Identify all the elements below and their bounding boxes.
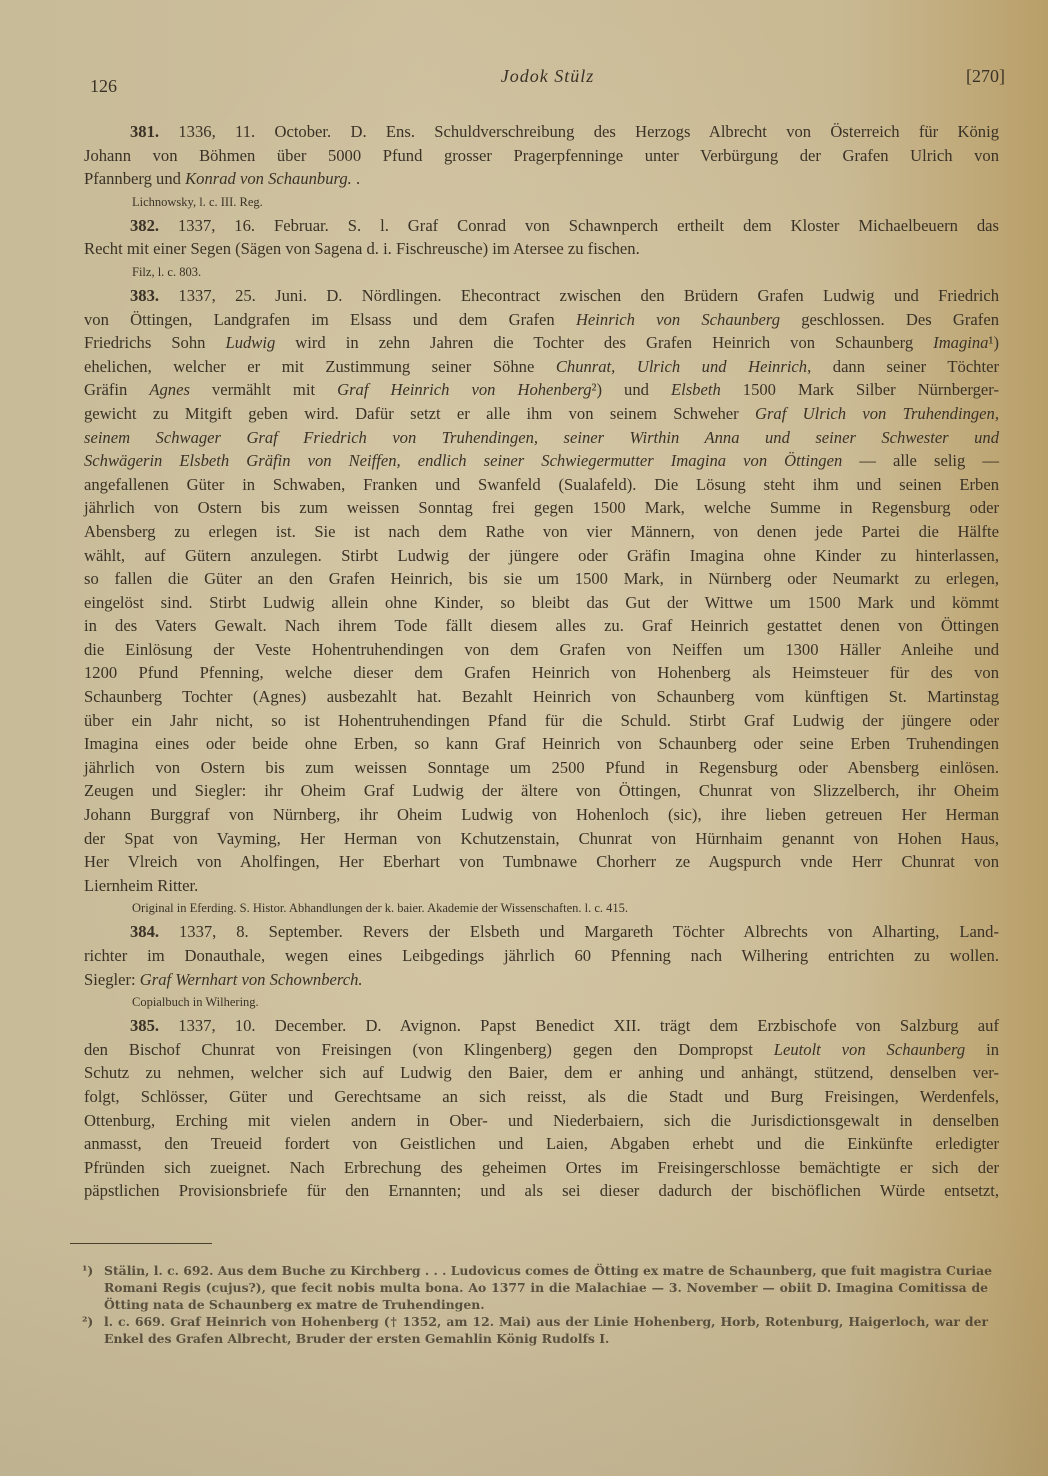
text-line: Schaunberg Tochter (Agnes) ausbezahlt ha… <box>84 685 999 709</box>
text-line: Friedrichs Sohn Ludwig wird in zehn Jahr… <box>84 331 999 355</box>
footnote-line: Stälin, l. c. 692. Aus dem Buche zu Kirc… <box>104 1262 988 1279</box>
footnote-line: Enkel des Grafen Albrecht, Bruder der er… <box>104 1330 988 1347</box>
text-line: folgt, Schlösser, Güter und Gerechtsame … <box>84 1085 999 1109</box>
footnote-line: Romani Regis (cujus?), que fecit nobis m… <box>104 1279 988 1296</box>
page-header: 126 Jodok Stülz [270] <box>90 66 1005 92</box>
footnotes: ¹) Stälin, l. c. 692. Aus dem Buche zu K… <box>82 1262 988 1347</box>
entry-number: 383. <box>130 286 159 305</box>
text-line: Liernheim Ritter. <box>84 874 999 898</box>
text-line: Gräfin Agnes vermählt mit Graf Heinrich … <box>84 378 999 402</box>
text-line: Abensberg zu erlegen ist. Sie ist nach d… <box>84 520 999 544</box>
text-line: Schutz zu nehmen, welcher sich auf Ludwi… <box>84 1061 999 1085</box>
text-line: eingelöst sind. Stirbt Ludwig allein ohn… <box>84 591 999 615</box>
entry-384: 384. 1337, 8. September. Revers der Elsb… <box>84 920 999 1014</box>
text-line: die Einlösung der Veste Hohentruhendinge… <box>84 638 999 662</box>
text-line: so fallen die Güter an den Grafen Heinri… <box>84 567 999 591</box>
scanned-page: 126 Jodok Stülz [270] 381. 1336, 11. Oct… <box>0 0 1048 1476</box>
text-line: Zeugen und Siegler: ihr Oheim Graf Ludwi… <box>84 779 999 803</box>
text-line: 1200 Pfund Pfenning, welche dieser dem G… <box>84 661 999 685</box>
footnote-mark: ²) <box>82 1313 93 1330</box>
footnote-mark: ¹) <box>82 1262 93 1279</box>
source-citation: Filz, l. c. 803. <box>84 261 999 284</box>
text-line: Pfründen sich zueignet. Nach Erbrechung … <box>84 1156 999 1180</box>
text-line: der Spat von Vayming, Her Herman von Kch… <box>84 827 999 851</box>
text-line: Ottenburg, Erching mit vielen andern in … <box>84 1109 999 1133</box>
footnote-divider <box>70 1243 212 1244</box>
text-line: anmasst, den Treueid fordert von Geistli… <box>84 1132 999 1156</box>
footnote-2: ²) l. c. 669. Graf Heinrich von Hohenber… <box>82 1313 988 1347</box>
entry-number: 382. <box>130 216 159 235</box>
running-title: Jodok Stülz <box>90 66 1005 87</box>
entry-number: 385. <box>130 1016 159 1035</box>
text-line: über ein Jahr nicht, so ist Hohentruhend… <box>84 709 999 733</box>
text-line: päpstlichen Provisionsbriefe für den Ern… <box>84 1179 999 1203</box>
text-line: wählt, auf Gütern anzulegen. Stirbt Ludw… <box>84 544 999 568</box>
text-line: gewicht zu Mitgift geben wird. Dafür set… <box>84 402 999 426</box>
text-line: ehelichen, welcher er mit Zustimmung sei… <box>84 355 999 379</box>
source-citation: Lichnowsky, l. c. III. Reg. <box>84 191 999 214</box>
text-line: jährlich von Ostern bis zum weissen Sonn… <box>84 756 999 780</box>
footnote-1: ¹) Stälin, l. c. 692. Aus dem Buche zu K… <box>82 1262 988 1313</box>
main-text: 381. 1336, 11. October. D. Ens. Schuldve… <box>84 120 999 1203</box>
footnote-line: Ötting nata de Schaunberg ex matre de Tr… <box>104 1296 988 1313</box>
text-line: jährlich von Ostern bis zum weissen Sonn… <box>84 496 999 520</box>
text-line: in des Vaters Gewalt. Nach ihrem Tode fä… <box>84 614 999 638</box>
text-line: den Bischof Chunrat von Freisingen (von … <box>84 1038 999 1062</box>
text-line: angefallenen Güter in Schwaben, Franken … <box>84 473 999 497</box>
text-line: Imagina eines oder beide ohne Erben, so … <box>84 732 999 756</box>
text-line: von Öttingen, Landgrafen im Elsass und d… <box>84 308 999 332</box>
source-citation: Original in Eferding. S. Histor. Abhandl… <box>84 897 999 920</box>
text-line: Schwägerin Elsbeth Gräfin von Neiffen, e… <box>84 449 999 473</box>
source-citation: Copialbuch in Wilhering. <box>84 991 999 1014</box>
original-page-number: [270] <box>966 66 1005 87</box>
entry-382: 382. 1337, 16. Februar. S. l. Graf Conra… <box>84 214 999 284</box>
text-line: Johann Burggraf von Nürnberg, ihr Oheim … <box>84 803 999 827</box>
entry-383: 383. 1337, 25. Juni. D. Nördlingen. Ehec… <box>84 284 999 920</box>
entry-number: 381. <box>130 122 159 141</box>
entry-381: 381. 1336, 11. October. D. Ens. Schuldve… <box>84 120 999 214</box>
entry-385: 385. 1337, 10. December. D. Avignon. Pap… <box>84 1014 999 1203</box>
entry-number: 384. <box>130 922 159 941</box>
footnote-line: l. c. 669. Graf Heinrich von Hohenberg (… <box>104 1313 988 1330</box>
text-line: seinem Schwager Graf Friedrich von Truhe… <box>84 426 999 450</box>
text-line: Her Vlreich von Aholfingen, Her Eberhart… <box>84 850 999 874</box>
